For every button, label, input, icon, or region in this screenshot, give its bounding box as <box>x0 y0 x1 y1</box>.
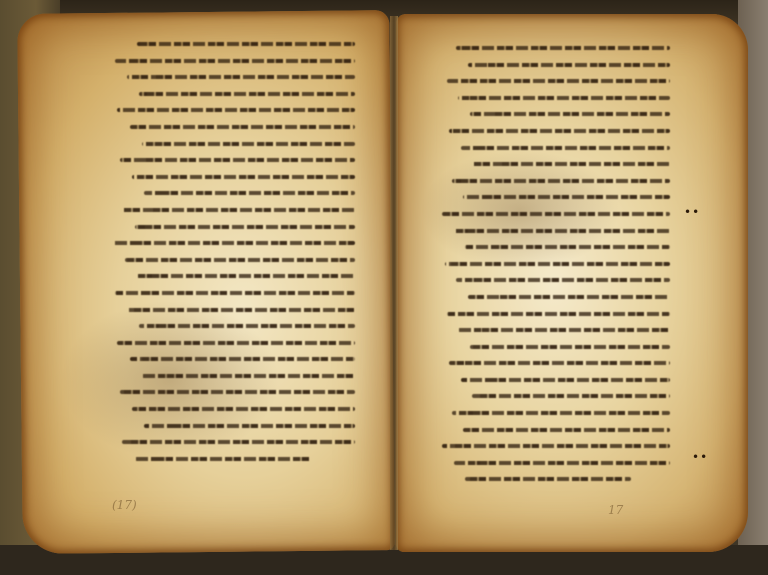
folio-mark-right: 17 <box>608 503 623 517</box>
script-line <box>442 444 670 448</box>
script-line <box>442 212 670 216</box>
script-line <box>144 424 355 428</box>
script-line <box>468 295 670 299</box>
script-line <box>127 75 355 79</box>
script-line <box>458 96 670 100</box>
script-line <box>112 241 355 245</box>
script-line <box>130 125 355 129</box>
script-line <box>120 390 355 394</box>
script-line <box>139 92 355 96</box>
script-line <box>449 361 670 365</box>
script-line <box>132 407 355 411</box>
margin-mark: •• <box>684 205 700 219</box>
script-line <box>463 428 670 432</box>
script-line <box>463 195 670 199</box>
right-page-script <box>440 46 670 494</box>
script-line <box>452 411 671 415</box>
script-line <box>445 262 670 266</box>
script-line <box>122 440 355 444</box>
script-line <box>465 477 631 481</box>
script-line <box>137 274 355 278</box>
script-line <box>125 258 355 262</box>
script-line <box>115 59 355 63</box>
script-line <box>461 146 670 150</box>
script-line <box>137 42 355 46</box>
script-line <box>117 341 355 345</box>
script-line <box>127 308 355 312</box>
script-line <box>454 461 670 465</box>
script-line <box>456 278 670 282</box>
script-line <box>458 328 670 332</box>
script-line <box>465 245 670 249</box>
script-line <box>122 208 355 212</box>
script-line <box>130 357 355 361</box>
script-line <box>456 46 670 50</box>
script-line <box>468 63 670 67</box>
script-line <box>132 175 355 179</box>
script-line <box>139 324 355 328</box>
script-line <box>472 162 670 166</box>
script-line <box>472 394 670 398</box>
script-line <box>115 291 355 295</box>
script-line <box>117 108 355 112</box>
script-line <box>461 378 670 382</box>
script-line <box>142 142 355 146</box>
script-line <box>454 229 670 233</box>
script-line <box>447 79 670 83</box>
margin-mark: •• <box>692 450 708 464</box>
script-line <box>144 191 355 195</box>
script-line <box>470 112 670 116</box>
script-line <box>135 457 311 461</box>
script-line <box>470 345 670 349</box>
script-line <box>120 158 355 162</box>
script-line <box>452 179 671 183</box>
folio-mark-left: (17) <box>112 498 137 512</box>
script-line <box>142 374 355 378</box>
script-line <box>449 129 670 133</box>
script-line <box>135 225 356 229</box>
script-line <box>447 312 670 316</box>
left-page-script <box>110 42 355 473</box>
book-gutter <box>390 16 398 550</box>
